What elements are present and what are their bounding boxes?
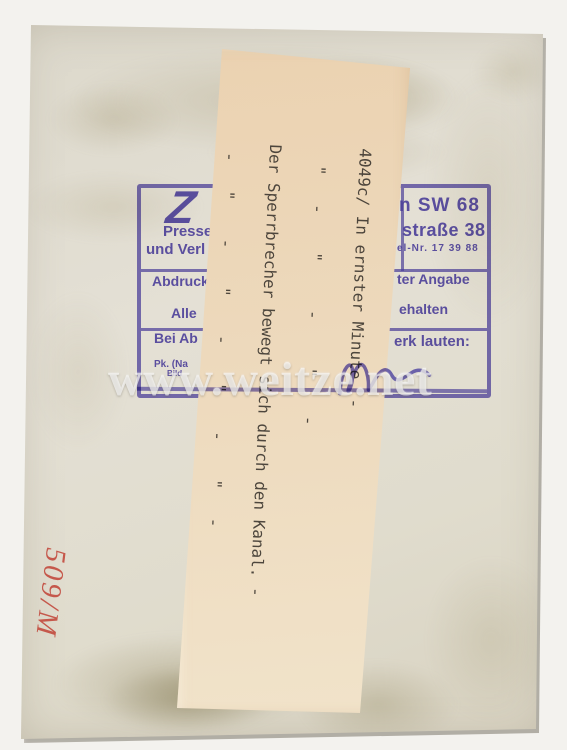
- stamp-text-fragment: el-Nr. 17 39 88: [397, 243, 479, 254]
- caption-line: Der Sperrbrecher bewegt sich durch den K…: [242, 144, 283, 744]
- stamp-text-fragment: ehalten: [399, 301, 448, 317]
- stamp-text-fragment: Abdruck: [152, 273, 209, 289]
- scan-background: 509/M Z Presse und Verl Abdruck Alle Bei…: [0, 0, 567, 750]
- stamp-text-fragment: n SW 68: [399, 195, 480, 217]
- stamp-text-fragment: Alle: [171, 305, 197, 321]
- stain: [48, 84, 178, 154]
- stamp-text-fragment: Bei Ab: [154, 330, 198, 346]
- stamp-text-fragment: Presse: [163, 223, 212, 240]
- caption-line: " - " - " -: [287, 146, 328, 746]
- stain: [473, 42, 553, 102]
- stamp-text-fragment: und Verl: [146, 241, 205, 258]
- stamp-vertical-divider: [401, 188, 404, 271]
- stamp-text-fragment: straße 38: [402, 220, 486, 241]
- watermark: www.weitze.net: [108, 352, 432, 407]
- stamp-text-fragment: ter Angabe: [397, 271, 470, 287]
- handwritten-archive-number: 509/M: [28, 546, 72, 640]
